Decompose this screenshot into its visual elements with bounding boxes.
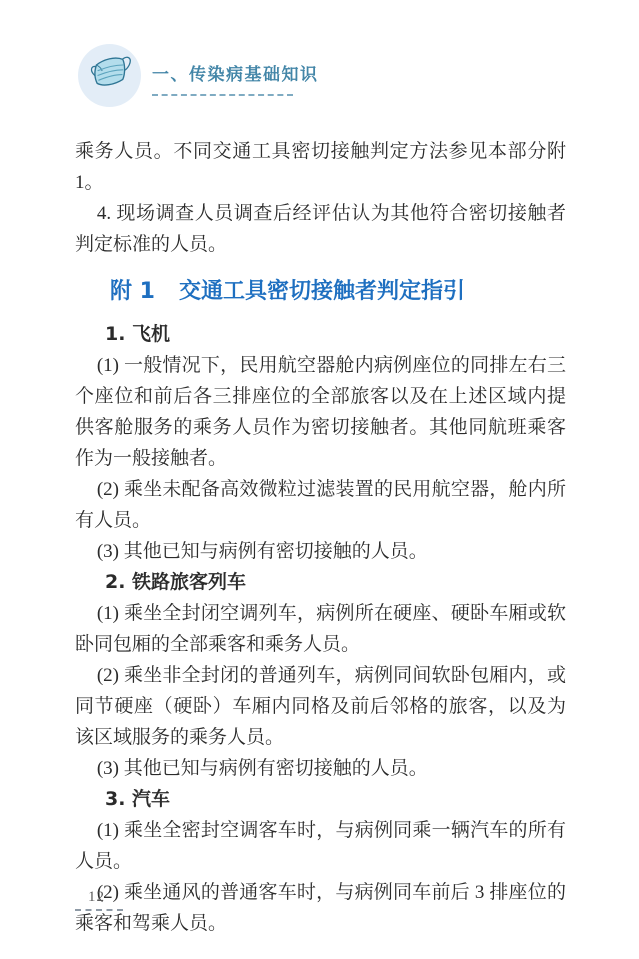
- appendix-heading: 附 1交通工具密切接触者判定指引: [110, 277, 566, 307]
- section-heading-airplane: 1. 飞机: [105, 319, 566, 350]
- footer-dashed-rule: [75, 909, 123, 911]
- train-item-3: (3) 其他已知与病例有密切接触的人员。: [75, 753, 566, 784]
- chapter-title: 一、传染病基础知识: [152, 60, 319, 85]
- airplane-item-3: (3) 其他已知与病例有密切接触的人员。: [75, 536, 566, 567]
- airplane-item-1: (1) 一般情况下，民用航空器舱内病例座位的同排左右三个座位和前后各三排座位的全…: [75, 350, 566, 474]
- appendix-label: 附 1: [110, 279, 155, 304]
- paragraph-continuation: 乘务人员。不同交通工具密切接触判定方法参见本部分附 1。: [75, 136, 566, 198]
- section-heading-automobile: 3. 汽车: [105, 784, 566, 815]
- header-dashed-rule: [152, 94, 293, 96]
- book-page: 一、传染病基础知识 乘务人员。不同交通工具密切接触判定方法参见本部分附 1。 4…: [0, 0, 639, 959]
- page-footer: 12: [75, 889, 123, 911]
- page-header: 一、传染病基础知识: [78, 44, 319, 107]
- chapter-icon-circle: [78, 44, 141, 107]
- train-item-2: (2) 乘坐非全封闭的普通列车，病例同间软卧包厢内，或同节硬座（硬卧）车厢内同格…: [75, 660, 566, 753]
- automobile-item-1: (1) 乘坐全密封空调客车时，与病例同乘一辆汽车的所有人员。: [75, 815, 566, 877]
- chapter-header-text: 一、传染病基础知识: [152, 44, 319, 96]
- section-heading-train: 2. 铁路旅客列车: [105, 567, 566, 598]
- appendix-title: 交通工具密切接触者判定指引: [179, 279, 465, 304]
- paragraph-item-4: 4. 现场调查人员调查后经评估认为其他符合密切接触者判定标准的人员。: [75, 198, 566, 260]
- train-item-1: (1) 乘坐全封闭空调列车，病例所在硬座、硬卧车厢或软卧同包厢的全部乘客和乘务人…: [75, 598, 566, 660]
- automobile-item-2: (2) 乘坐通风的普通客车时，与病例同车前后 3 排座位的乘客和驾乘人员。: [75, 877, 566, 939]
- airplane-item-2: (2) 乘坐未配备高效微粒过滤装置的民用航空器，舱内所有人员。: [75, 474, 566, 536]
- face-mask-icon: [86, 49, 134, 102]
- page-content: 乘务人员。不同交通工具密切接触判定方法参见本部分附 1。 4. 现场调查人员调查…: [75, 136, 566, 939]
- page-number: 12: [88, 889, 123, 906]
